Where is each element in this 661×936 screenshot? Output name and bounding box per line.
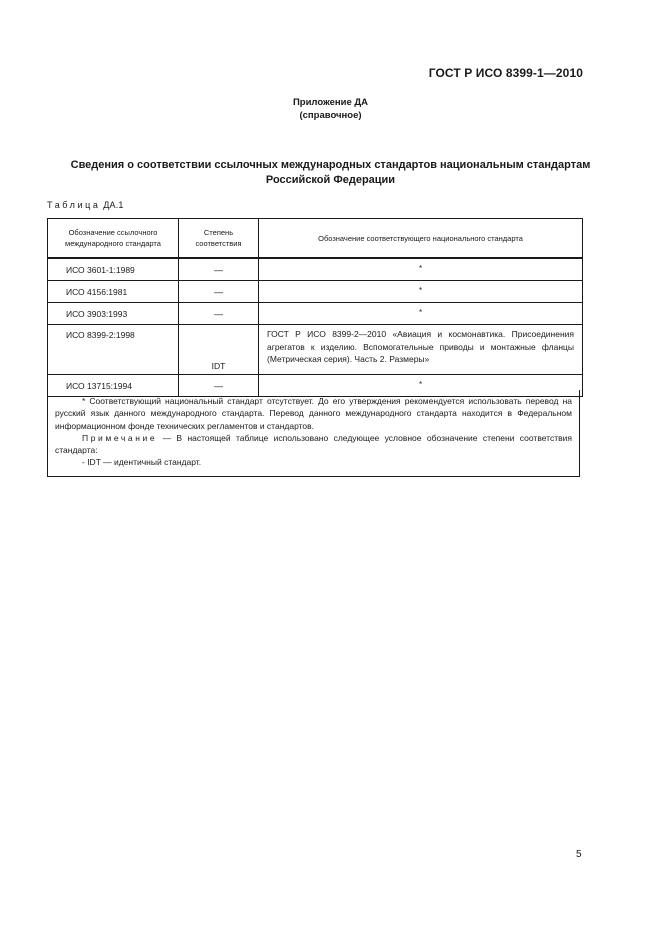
national-standard-cell: * xyxy=(259,258,583,281)
table-row: ИСО 4156:1981 — * xyxy=(48,281,583,303)
header-degree-line2: соответствия xyxy=(179,238,258,249)
annex-subtitle: (справочное) xyxy=(0,109,661,122)
page-number: 5 xyxy=(576,849,582,860)
footnote-note: Примечание — В настоящей таблице использ… xyxy=(55,432,572,457)
table-footnote: * Соответствующий национальный стандарт … xyxy=(47,390,580,477)
section-title-line1: Сведения о соответствии ссылочных междун… xyxy=(0,158,661,173)
table-row: ИСО 3903:1993 — * xyxy=(48,303,583,325)
table-header-row: Обозначение ссылочного международного ст… xyxy=(48,219,583,259)
header-ref-standard-line2: международного стандарта xyxy=(48,238,178,249)
header-ref-standard: Обозначение ссылочного международного ст… xyxy=(48,219,179,259)
correspondence-table: Обозначение ссылочного международного ст… xyxy=(47,218,583,397)
document-code: ГОСТ Р ИСО 8399-1—2010 xyxy=(429,66,583,80)
footnote-asterisk: * xyxy=(419,264,422,273)
degree-cell: — xyxy=(179,281,259,303)
national-standard-cell: ГОСТ Р ИСО 8399-2—2010 «Авиация и космон… xyxy=(259,325,583,375)
note-label: Примечание xyxy=(82,433,157,443)
ref-standard-cell: ИСО 3903:1993 xyxy=(48,303,179,325)
national-standard-cell: * xyxy=(259,303,583,325)
footnote-asterisk: * xyxy=(419,308,422,317)
ref-standard-cell: ИСО 3601-1:1989 xyxy=(48,258,179,281)
degree-cell: IDT xyxy=(179,325,259,375)
ref-standard-cell: ИСО 4156:1981 xyxy=(48,281,179,303)
table-caption: Таблица ДА.1 xyxy=(47,200,124,210)
annex-title: Приложение ДА xyxy=(0,96,661,109)
section-title-line2: Российской Федерации xyxy=(0,173,661,188)
annex-heading: Приложение ДА (справочное) xyxy=(0,96,661,122)
section-title: Сведения о соответствии ссылочных междун… xyxy=(0,158,661,188)
ref-standard-cell: ИСО 8399-2:1998 xyxy=(48,325,179,375)
header-national-standard: Обозначение соответствующего национально… xyxy=(259,219,583,259)
table-row: ИСО 3601-1:1989 — * xyxy=(48,258,583,281)
table-row: ИСО 8399-2:1998 IDT ГОСТ Р ИСО 8399-2—20… xyxy=(48,325,583,375)
header-ref-standard-line1: Обозначение ссылочного xyxy=(48,227,178,238)
header-degree: Степень соответствия xyxy=(179,219,259,259)
footnote-asterisk: * xyxy=(419,380,422,389)
footnote-star-note: * Соответствующий национальный стандарт … xyxy=(55,395,572,432)
table-caption-word: Таблица xyxy=(47,200,101,210)
footnote-idt-item: - IDT — идентичный стандарт. xyxy=(55,456,572,468)
footnote-asterisk: * xyxy=(419,286,422,295)
table-caption-number: ДА.1 xyxy=(103,200,123,210)
national-standard-cell: * xyxy=(259,281,583,303)
degree-cell: — xyxy=(179,303,259,325)
degree-cell: — xyxy=(179,258,259,281)
header-degree-line1: Степень xyxy=(179,227,258,238)
